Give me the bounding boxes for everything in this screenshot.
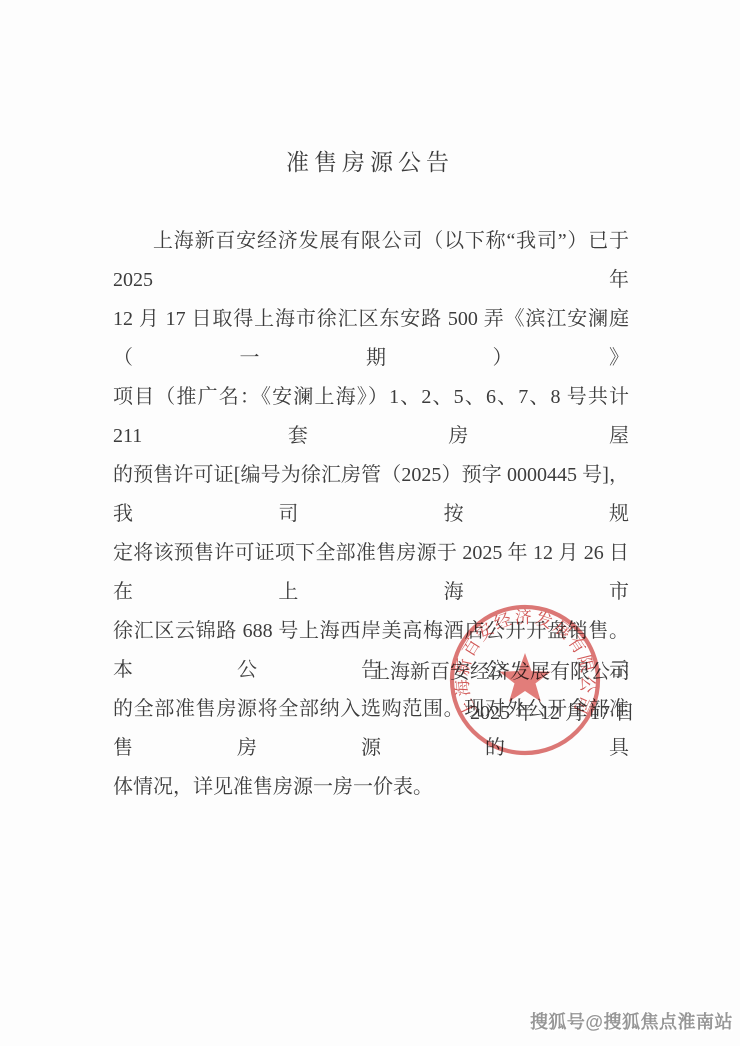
- body-line-8: 体情况，详见准售房源一房一价表。: [113, 768, 629, 807]
- page-title: 准售房源公告: [0, 144, 740, 177]
- body-line-1: 上海新百安经济发展有限公司（以下称“我司”）已于 2025 年: [113, 222, 629, 300]
- signature-block: 上海新百安经济发展有限公司 2025 年 12 月 17 日: [370, 652, 630, 734]
- body-line-3: 项目（推广名：《安澜上海》）1、2、5、6、7、8 号共计 211 套房屋: [113, 378, 629, 456]
- body-line-2: 12 月 17 日取得上海市徐汇区东安路 500 弄《滨江安澜庭（一期）》: [113, 300, 629, 378]
- signature-date: 2025 年 12 月 17 日: [370, 693, 635, 734]
- body-line-5: 定将该预售许可证项下全部准售房源于 2025 年 12 月 26 日在上海市: [113, 534, 629, 612]
- scanned-announcement-page: 准售房源公告 上海新百安经济发展有限公司（以下称“我司”）已于 2025 年 1…: [0, 0, 740, 1046]
- body-line-4: 的预售许可证[编号为徐汇房管（2025）预字 0000445 号]，我司按规: [113, 456, 629, 534]
- signature-company: 上海新百安经济发展有限公司: [370, 652, 630, 693]
- watermark-sohu: 搜狐号@搜狐焦点淮南站: [530, 1008, 733, 1034]
